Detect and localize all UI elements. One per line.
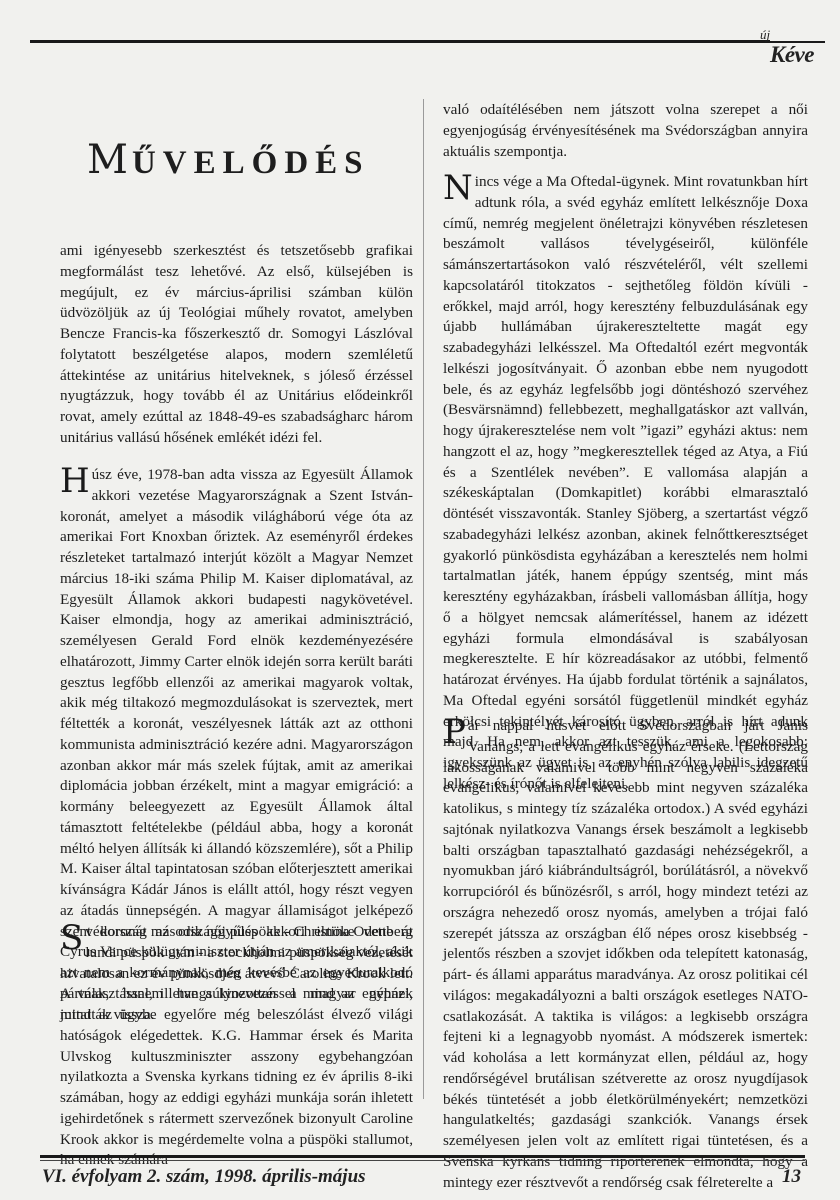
section-title-initial: M <box>87 137 132 183</box>
right-paragraph-oftedal: N incs vége a Ma Oftedal-ügynek. Mint ro… <box>443 172 808 795</box>
left-paragraph-bishop: S védország második női püspöke - Christ… <box>60 922 413 1171</box>
section-title: MŰVELŐDÉS <box>87 137 370 183</box>
footer-rule <box>40 1155 805 1158</box>
masthead-logo: Kéve <box>770 42 814 68</box>
page-number: 13 <box>782 1166 801 1188</box>
dropcap-h: H <box>60 467 90 495</box>
magazine-page: új Kéve MŰVELŐDÉS ami igényesebb szerkes… <box>0 0 840 1200</box>
header-rule <box>30 40 770 43</box>
issue-info: VI. évfolyam 2. szám, 1998. április-máju… <box>42 1166 366 1188</box>
column-divider <box>423 99 424 1099</box>
right-paragraph-continued: való odaítélésében nem játszott volna sz… <box>443 100 808 162</box>
paragraph-text: incs vége a Ma Oftedal-ügynek. Mint rova… <box>443 173 808 792</box>
left-intro-paragraph: ami igényesebb szerkesztést és tetszetős… <box>60 241 413 449</box>
section-title-rest: ŰVELŐDÉS <box>132 145 370 181</box>
paragraph-text: ár nappal húsvét előtt Svédországban jár… <box>443 717 808 1191</box>
masthead-prefix: új <box>760 27 770 43</box>
right-paragraph-vanangs: P ár nappal húsvét előtt Svédországban j… <box>443 716 808 1193</box>
dropcap-s: S <box>60 924 83 952</box>
footer-rule-thin <box>40 1160 805 1161</box>
paragraph-text: védország második női püspöke - Christin… <box>60 923 413 1168</box>
dropcap-p: P <box>443 718 466 746</box>
dropcap-n: N <box>443 174 473 202</box>
